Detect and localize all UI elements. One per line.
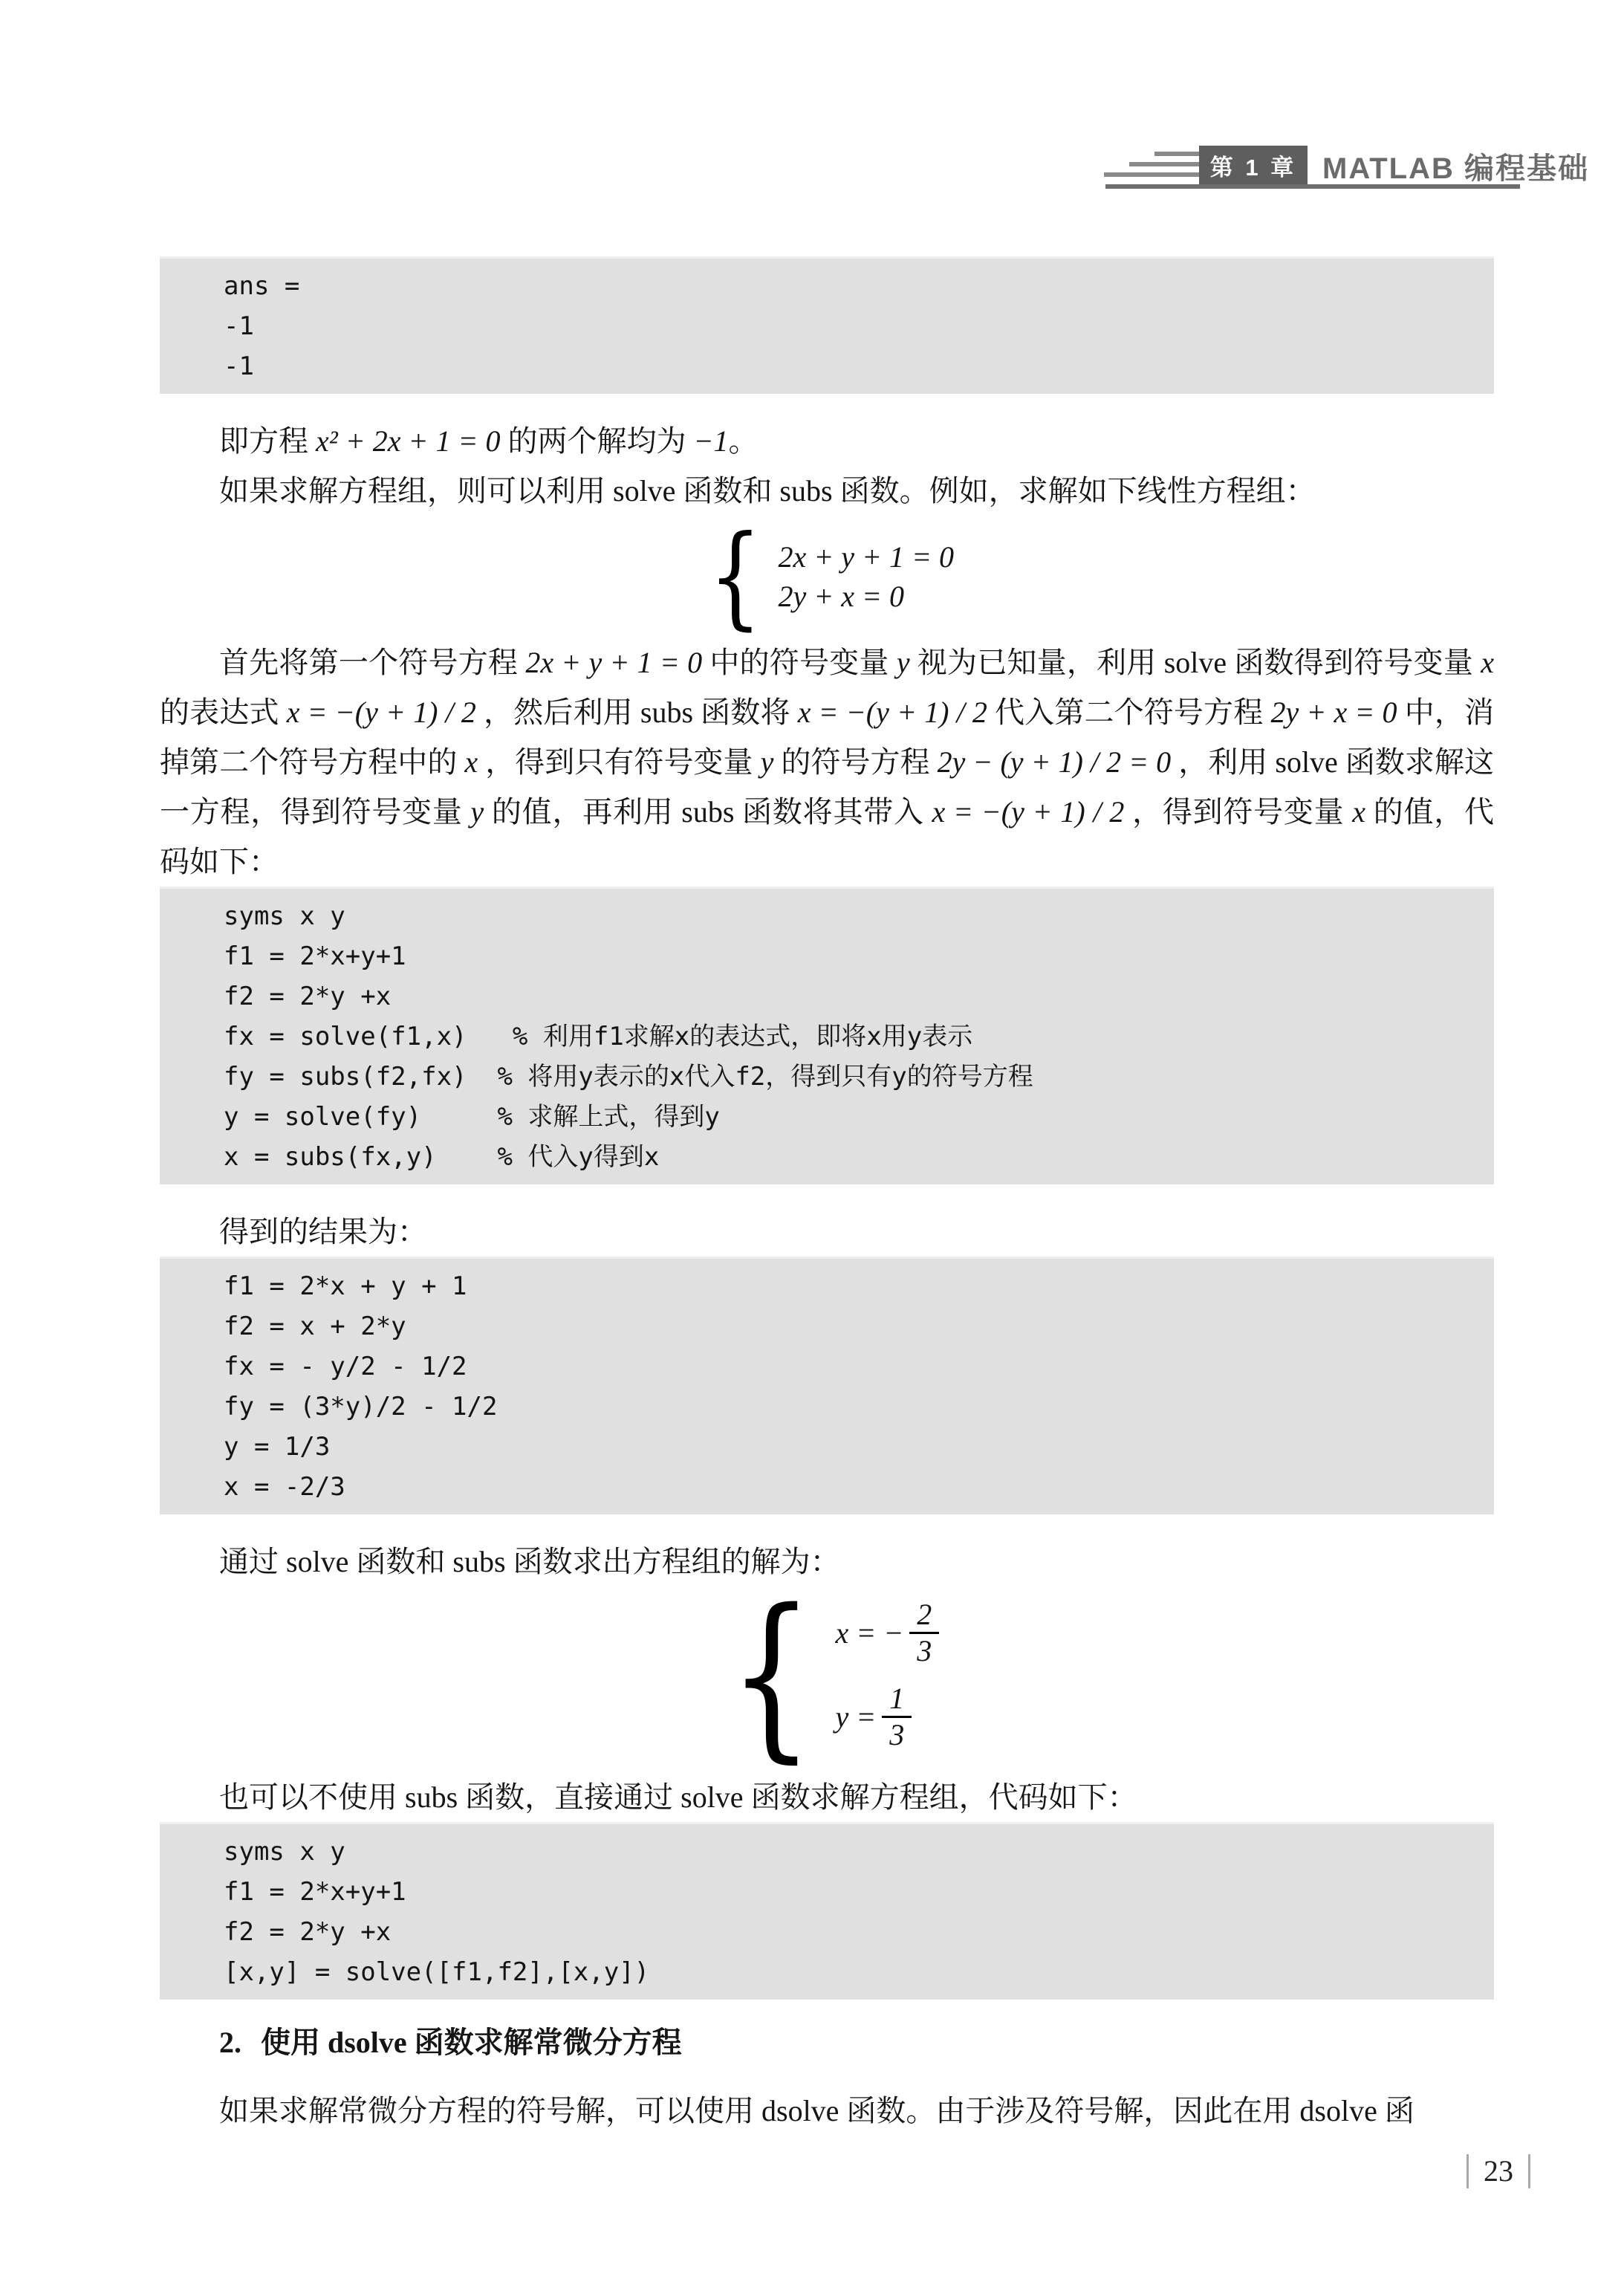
text-run: 的表达式: [160, 696, 287, 729]
text-run: 也可以不使用 subs 函数，直接通过 solve 函数求解方程组，代码如下：: [219, 1780, 1137, 1814]
text-run: 即方程: [219, 424, 316, 458]
equation-system-linear: { 2x + y + 1 = 0 2y + x = 0: [160, 526, 1494, 627]
fraction-numerator: 2: [909, 1598, 939, 1632]
footer-bar: [1467, 2154, 1469, 2188]
text-run: 。: [728, 424, 758, 458]
inline-math: 2y − (y + 1) / 2 = 0: [938, 745, 1172, 779]
code-line: f2 = 2*y +x: [224, 976, 1479, 1017]
fraction: 2 3: [909, 1598, 939, 1668]
paragraph-method-explanation: 首先将第一个符号方程 2x + y + 1 = 0 中的符号变量 y 视为已知量…: [160, 638, 1494, 886]
inline-math: 2y + x = 0: [1270, 696, 1397, 729]
inline-math: x = −(y + 1) / 2: [287, 696, 476, 729]
page-content: ans =-1-1 即方程 x² + 2x + 1 = 0 的两个解均为 −1。…: [160, 256, 1494, 2136]
fraction-denominator: 3: [882, 1716, 912, 1752]
equation-line-y: y = 1 3: [835, 1682, 939, 1752]
code-line: fy = (3*y)/2 - 1/2: [224, 1387, 1479, 1427]
inline-math: x: [1352, 795, 1365, 829]
code-line: f1 = 2*x + y + 1: [224, 1266, 1479, 1306]
code-line: fx = - y/2 - 1/2: [224, 1346, 1479, 1387]
text-run: ，然后利用 subs 函数将: [476, 696, 798, 729]
inline-math: 2x + y + 1 = 0: [525, 646, 702, 679]
chapter-badge: 第 1 章: [1199, 146, 1308, 184]
code-line: -1: [224, 346, 1479, 386]
header-decoration-line: [1129, 162, 1199, 166]
text-run: ，得到符号变量: [1124, 795, 1352, 829]
chapter-header: 第 1 章 MATLAB 编程基础: [1100, 143, 1520, 190]
text-run: 代入第二个符号方程: [987, 696, 1271, 729]
paragraph-solution-intro: 通过 solve 函数和 subs 函数求出方程组的解为：: [160, 1537, 1494, 1586]
page-number: 23: [1484, 2153, 1513, 2188]
paragraph-direct-solve: 也可以不使用 subs 函数，直接通过 solve 函数求解方程组，代码如下：: [160, 1772, 1494, 1822]
text-run: 视为已知量，利用 solve 函数得到符号变量: [910, 646, 1481, 679]
code-line: syms x y: [224, 896, 1479, 936]
code-line: y = solve(fy) % 求解上式，得到y: [224, 1097, 1479, 1137]
text-run: ，得到只有符号变量: [478, 745, 760, 779]
text-run: 得到的结果为：: [219, 1215, 427, 1248]
left-brace: {: [709, 521, 762, 632]
code-line: -1: [224, 306, 1479, 346]
inline-math: x = −(y + 1) / 2: [932, 795, 1125, 829]
equation-lhs: y =: [835, 1699, 876, 1734]
equation-lhs: x = −: [835, 1615, 903, 1650]
code-line: f2 = x + 2*y: [224, 1306, 1479, 1346]
code-line: [x,y] = solve([f1,f2],[x,y]): [224, 1952, 1479, 1992]
header-rule: [1105, 184, 1520, 189]
code-output-block-ans: ans =-1-1: [160, 256, 1494, 394]
equation-line-x: x = − 2 3: [835, 1598, 939, 1668]
paragraph-solutions: 即方程 x² + 2x + 1 = 0 的两个解均为 −1。: [160, 416, 1494, 466]
text-run: 首先将第一个符号方程: [219, 646, 525, 679]
paragraph-dsolve-intro: 如果求解常微分方程的符号解，可以使用 dsolve 函数。由于涉及符号解，因此在…: [160, 2086, 1494, 2136]
inline-math: y: [470, 795, 484, 829]
page-footer: 23: [1467, 2153, 1530, 2188]
left-brace: {: [729, 1586, 814, 1764]
fraction-numerator: 1: [882, 1682, 912, 1716]
equation-system-solution: { x = − 2 3 y = 1 3: [160, 1591, 1494, 1759]
code-line: x = subs(fx,y) % 代入y得到x: [224, 1137, 1479, 1177]
code-line: fy = subs(f2,fx) % 将用y表示的x代入f2，得到只有y的符号方…: [224, 1057, 1479, 1097]
code-block-solve-subs: syms x yf1 = 2*x+y+1f2 = 2*y +xfx = solv…: [160, 886, 1494, 1184]
header-decoration-line: [1154, 152, 1199, 156]
chapter-title: MATLAB 编程基础: [1322, 147, 1589, 184]
section-heading-dsolve: 2.使用 dsolve 函数求解常微分方程: [160, 2020, 1494, 2065]
code-line: fx = solve(f1,x) % 利用f1求解x的表达式，即将x用y表示: [224, 1017, 1479, 1057]
inline-math: x: [464, 745, 478, 779]
section-title: 使用 dsolve 函数求解常微分方程: [261, 2026, 682, 2059]
text-run: 的符号方程: [773, 745, 937, 779]
code-line: ans =: [224, 266, 1479, 306]
text-run: 如果求解方程组，则可以利用 solve 函数和 subs 函数。例如，求解如下线…: [219, 474, 1316, 508]
code-line: x = -2/3: [224, 1467, 1479, 1507]
inline-math: −1: [693, 424, 728, 458]
code-line: f2 = 2*y +x: [224, 1912, 1479, 1952]
code-block-direct-solve: syms x yf1 = 2*x+y+1f2 = 2*y +x[x,y] = s…: [160, 1822, 1494, 2000]
text-run: 如果求解常微分方程的符号解，可以使用 dsolve 函数。由于涉及符号解，因此在…: [219, 2094, 1414, 2127]
equation-lines: x = − 2 3 y = 1 3: [835, 1598, 939, 1752]
header-decoration-line: [1104, 172, 1199, 177]
code-line: f1 = 2*x+y+1: [224, 936, 1479, 976]
equation-line: 2y + x = 0: [778, 579, 953, 614]
text-run: 的值，再利用 subs 函数将其带入: [484, 795, 932, 829]
footer-bar: [1528, 2154, 1530, 2188]
inline-math: x² + 2x + 1 = 0: [316, 424, 500, 458]
fraction: 1 3: [882, 1682, 912, 1752]
equation-line: 2x + y + 1 = 0: [778, 539, 953, 574]
paragraph-solve-subs-intro: 如果求解方程组，则可以利用 solve 函数和 subs 函数。例如，求解如下线…: [160, 466, 1494, 516]
code-line: f1 = 2*x+y+1: [224, 1872, 1479, 1912]
fraction-denominator: 3: [909, 1632, 939, 1668]
code-line: syms x y: [224, 1832, 1479, 1872]
paragraph-results-label: 得到的结果为：: [160, 1207, 1494, 1257]
equation-lines: 2x + y + 1 = 0 2y + x = 0: [778, 539, 953, 614]
text-run: 的两个解均为: [500, 424, 693, 458]
text-run: 中的符号变量: [702, 646, 897, 679]
inline-math: x = −(y + 1) / 2: [798, 696, 987, 729]
inline-math: y: [761, 745, 774, 779]
section-number: 2.: [219, 2026, 241, 2059]
code-line: y = 1/3: [224, 1427, 1479, 1467]
inline-math: y: [897, 646, 910, 679]
inline-math: x: [1481, 646, 1494, 679]
code-output-block-results: f1 = 2*x + y + 1f2 = x + 2*yfx = - y/2 -…: [160, 1257, 1494, 1514]
